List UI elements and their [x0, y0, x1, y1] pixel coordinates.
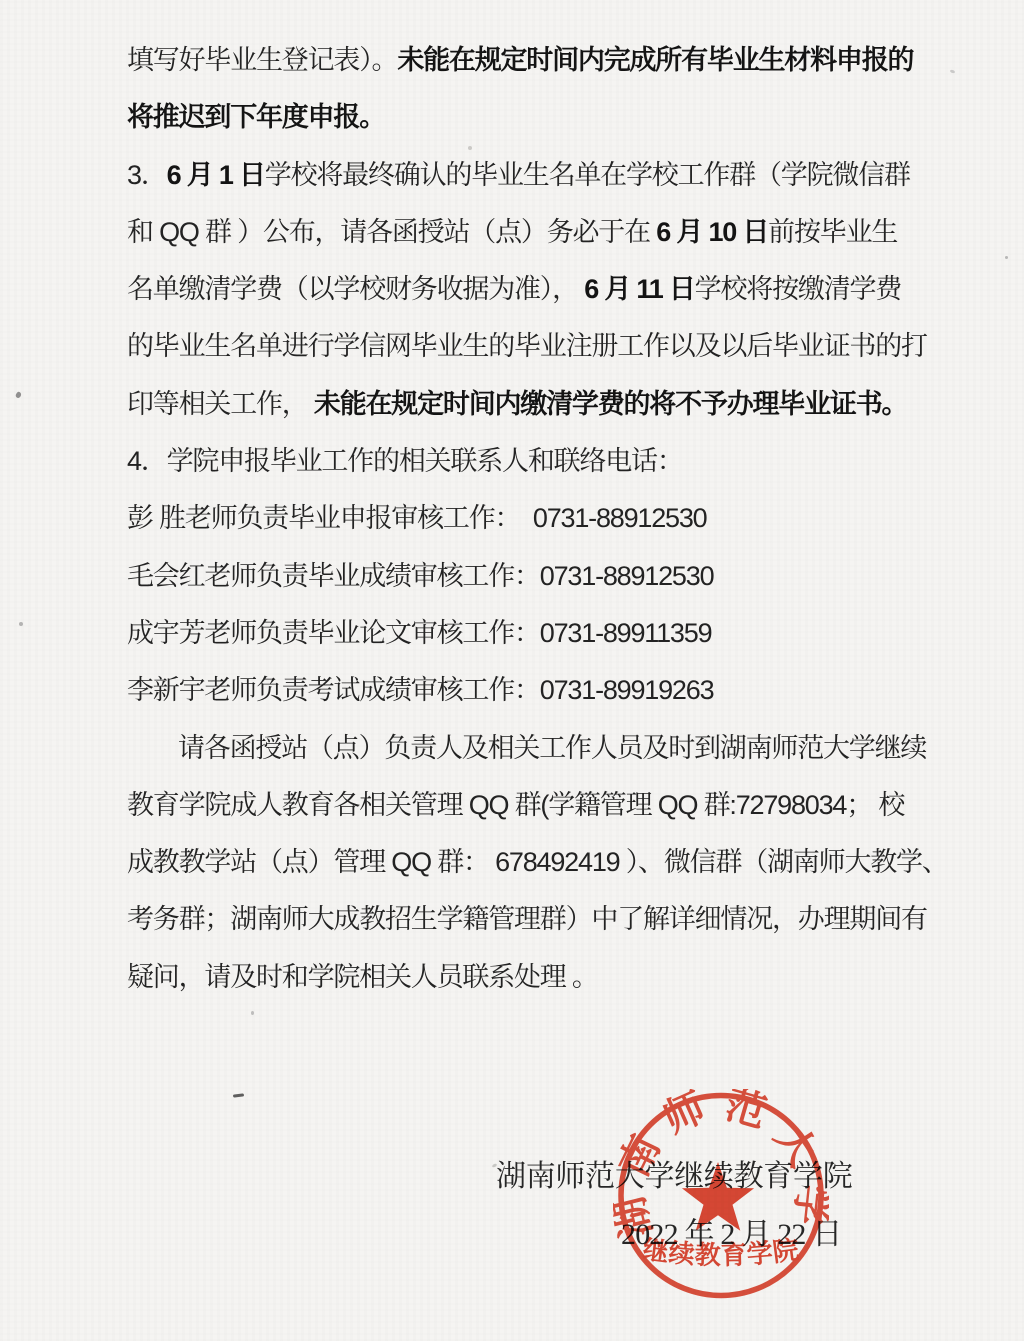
scan-artifact [233, 1093, 244, 1097]
seal-svg: 湖南师范大学 继续教育学院 [613, 1089, 829, 1305]
document-line: 成宇芳老师负责毕业论文审核工作：0731-89911359 [127, 605, 927, 662]
document-line: 李新宇老师负责考试成绩审核工作：0731-89919263 [127, 662, 927, 719]
document-text: 填写好毕业生登记表）。 [127, 45, 397, 75]
document-text: 的毕业生名单进行学信网毕业生的毕业注册工作以及以后毕业证书的打 [127, 331, 927, 361]
document-text-bold: 将推迟到下年度申报。 [127, 102, 385, 132]
scan-artifact [19, 622, 23, 626]
document-line: 成教教学站（点）管理 QQ 群： 678492419 ）、微信群（湖南师大教学、 [127, 834, 927, 891]
document-text-bold: 6 月 1 日 [167, 160, 265, 190]
document-line: 毛会红老师负责毕业成绩审核工作：0731-88912530 [127, 548, 927, 605]
document-text: 学校将按缴清学费 [695, 274, 901, 304]
document-text: 4．学院申报毕业工作的相关联系人和联络电话： [127, 446, 683, 476]
document-text: 名单缴清学费（以学校财务收据为准）， [127, 274, 584, 304]
document-text: 印等相关工作， [127, 389, 314, 419]
seal-arc-text: 湖南师范大学 [613, 1089, 829, 1242]
document-text: 学校将最终确认的毕业生名单在学校工作群（学院微信群 [265, 160, 910, 190]
scan-artifact [1005, 256, 1008, 259]
seal-star-icon [682, 1162, 754, 1231]
document-text: 3． [127, 160, 167, 190]
scan-artifact [468, 146, 472, 150]
document-line: 和 QQ 群 ）公布，请各函授站（点）务必于在 6 月 10 日前按毕业生 [127, 204, 927, 261]
seal-arc-char: 范 [720, 1089, 771, 1136]
document-text-bold: 未能在规定时间内完成所有毕业生材料申报的 [397, 45, 913, 75]
document-line: 教育学院成人教育各相关管理 QQ 群(学籍管理 QQ 群:72798034； 校 [127, 777, 927, 834]
document-line: 考务群；湖南师大成教招生学籍管理群）中了解详细情况，办理期间有 [127, 891, 927, 948]
document-line: 的毕业生名单进行学信网毕业生的毕业注册工作以及以后毕业证书的打 [127, 318, 927, 375]
document-text: 前按毕业生 [768, 217, 897, 247]
document-text: 和 QQ 群 ）公布，请各函授站（点）务必于在 [127, 217, 656, 247]
document-line: 将推迟到下年度申报。 [127, 89, 927, 146]
document-text: 彭 胜老师负责毕业申报审核工作： 0731-88912530 [127, 503, 707, 533]
document-text: 成宇芳老师负责毕业论文审核工作：0731-89911359 [127, 618, 711, 648]
scanned-document-page: { "page": { "background": "#f5f4f2", "te… [0, 0, 1024, 1341]
seal-bottom-text: 继续教育学院 [641, 1235, 801, 1270]
document-line: 填写好毕业生登记表）。未能在规定时间内完成所有毕业生材料申报的 [127, 32, 927, 89]
official-seal-stamp: 湖南师范大学 继续教育学院 [613, 1089, 829, 1305]
document-text: 成教教学站（点）管理 QQ 群： 678492419 ）、微信群（湖南师大教学、 [127, 847, 948, 877]
document-line: 3．6 月 1 日学校将最终确认的毕业生名单在学校工作群（学院微信群 [127, 147, 927, 204]
scan-artifact [251, 1011, 254, 1015]
document-text: 教育学院成人教育各相关管理 QQ 群(学籍管理 QQ 群:72798034； 校 [127, 790, 904, 820]
document-text: 请各函授站（点）负责人及相关工作人员及时到湖南师范大学继续 [178, 733, 926, 763]
document-text-bold: 未能在规定时间内缴清学费的将不予办理毕业证书。 [314, 389, 907, 419]
document-line: 请各函授站（点）负责人及相关工作人员及时到湖南师范大学继续 [127, 720, 927, 777]
seal-arc-char: 学 [786, 1183, 829, 1227]
scan-artifact [950, 69, 956, 74]
document-text-bold: 6 月 10 日 [656, 217, 768, 247]
document-text: 疑问，请及时和学院相关人员联系处理 。 [127, 962, 598, 992]
document-line: 4．学院申报毕业工作的相关联系人和联络电话： [127, 433, 927, 490]
document-text: 毛会红老师负责毕业成绩审核工作：0731-88912530 [127, 561, 713, 591]
document-line: 名单缴清学费（以学校财务收据为准）， 6 月 11 日学校将按缴清学费 [127, 261, 927, 318]
document-text-bold: 6 月 11 日 [584, 274, 694, 304]
document-text: 考务群；湖南师大成教招生学籍管理群）中了解详细情况，办理期间有 [127, 904, 927, 934]
scan-artifact [15, 391, 23, 399]
document-text: 李新宇老师负责考试成绩审核工作：0731-89919263 [127, 675, 713, 705]
document-line: 彭 胜老师负责毕业申报审核工作： 0731-88912530 [127, 490, 927, 547]
document-line: 疑问，请及时和学院相关人员联系处理 。 [127, 949, 927, 1006]
document-line: 印等相关工作， 未能在规定时间内缴清学费的将不予办理毕业证书。 [127, 376, 927, 433]
document-body: 填写好毕业生登记表）。未能在规定时间内完成所有毕业生材料申报的将推迟到下年度申报… [127, 32, 927, 1006]
